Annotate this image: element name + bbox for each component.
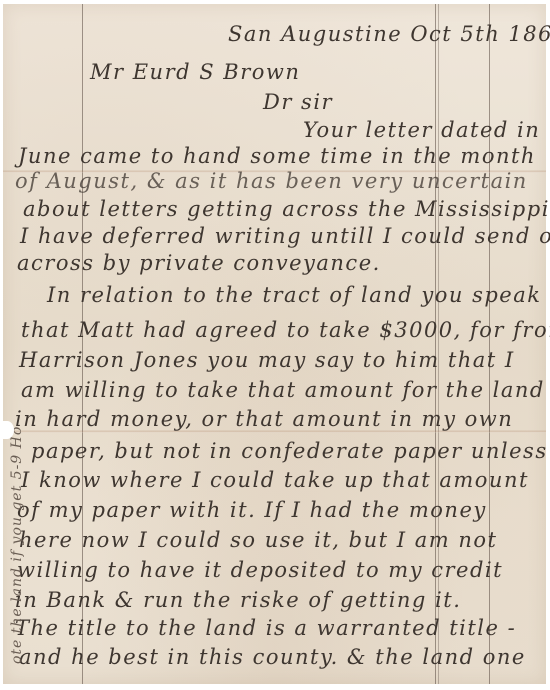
body-line: am willing to take that amount for the l… bbox=[21, 380, 545, 401]
margin-rule-right-2 bbox=[438, 4, 439, 684]
place-date: San Augustine Oct 5th 1863 bbox=[228, 24, 550, 45]
body-line: I know where I could take up that amount bbox=[21, 470, 529, 491]
body-line: In relation to the tract of land you spe… bbox=[47, 285, 550, 306]
body-line: The title to the land is a warranted tit… bbox=[15, 618, 516, 639]
body-line: that Matt had agreed to take $3000, for … bbox=[21, 320, 550, 341]
body-line: of my paper with it. If I had the money bbox=[17, 500, 487, 521]
body-line: and he best in this county. & the land o… bbox=[19, 647, 526, 668]
body-line: I have deferred writing untill I could s… bbox=[20, 226, 550, 247]
body-line: willing to have it deposited to my credi… bbox=[17, 560, 503, 581]
body-line: across by private conveyance. bbox=[17, 253, 381, 274]
body-line: here now I could so use it, but I am not bbox=[19, 530, 497, 551]
body-line: paper, but not in confederate paper unle… bbox=[31, 441, 548, 462]
body-line: June came to hand some time in the month bbox=[18, 146, 536, 167]
body-line: in hard money, or that amount in my own bbox=[15, 409, 513, 430]
body-line: about letters getting across the Mississ… bbox=[23, 199, 550, 220]
margin-note: ote the land if you get 5-9 Ho bbox=[9, 426, 25, 664]
margin-rule-right-1 bbox=[435, 4, 436, 684]
margin-rule-left bbox=[82, 4, 83, 684]
body-line: Your letter dated in bbox=[303, 120, 540, 141]
body-line: in Bank & run the riske of getting it. bbox=[15, 590, 461, 611]
body-line: Harrison Jones you may say to him that I bbox=[19, 350, 515, 371]
margin-rule-right-3 bbox=[489, 4, 490, 684]
body-line: of August, & as it has been very uncerta… bbox=[15, 171, 528, 192]
letter-page: San Augustine Oct 5th 1863 Mr Eurd S Bro… bbox=[3, 4, 546, 684]
torn-edge bbox=[0, 421, 14, 439]
salutation: Dr sir bbox=[263, 92, 333, 113]
addressee: Mr Eurd S Brown bbox=[90, 62, 300, 83]
body-line-part: about letters getting across the Mississ… bbox=[23, 197, 550, 221]
